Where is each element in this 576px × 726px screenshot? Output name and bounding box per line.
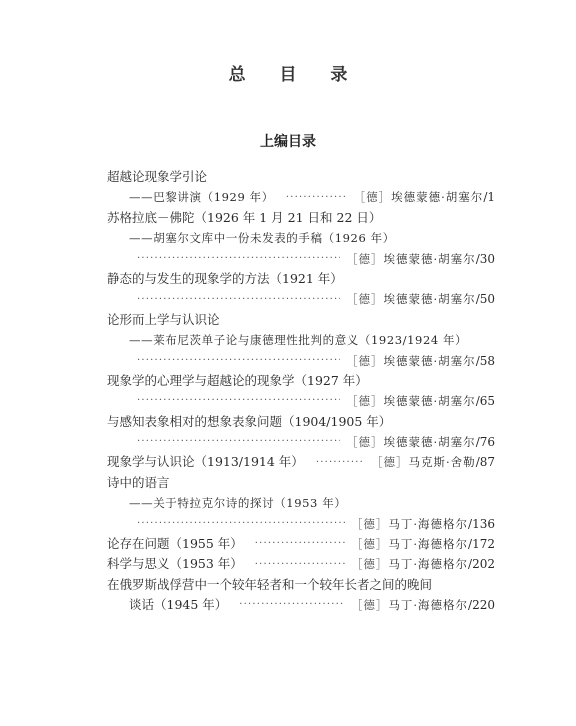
toc-entry-title[interactable]: 在俄罗斯战俘营中一个较年轻者和一个较年长者之间的晚间: [107, 575, 495, 595]
author-name: 埃德蒙德·胡塞尔: [384, 292, 476, 306]
author-name: 马丁·海德格尔: [388, 537, 468, 551]
toc-entry-title[interactable]: 论形而上学与认识论: [107, 310, 495, 330]
page-title: 总 目 录: [0, 60, 576, 85]
entry-author: ［德］马丁·海德格尔/220: [351, 595, 495, 615]
author-nationality: ［德］: [346, 394, 384, 408]
author-nationality: ［德］: [346, 292, 384, 306]
entry-title: 苏格拉底－佛陀（1926 年 1 月 21 日和 22 日）: [107, 208, 381, 228]
page-number: /220: [468, 598, 495, 612]
toc-entry-author-line[interactable]: ········································…: [107, 289, 495, 309]
leader-dots: ········································…: [137, 514, 345, 534]
author-name: 马克斯·舍勒: [409, 455, 476, 469]
author-nationality: ［德］: [351, 557, 389, 571]
author-nationality: ［德］: [371, 455, 409, 469]
author-name: 埃德蒙德·胡塞尔: [384, 354, 476, 368]
leader-dots: ········································…: [239, 595, 345, 615]
toc-entry-author-line[interactable]: ········································…: [107, 432, 495, 452]
entry-title: 现象学与认识论（1913/1914 年）: [107, 452, 304, 472]
toc-entry-subtitle: ——胡塞尔文库中一份未发表的手稿（1926 年）: [107, 228, 495, 248]
entry-author: ［德］埃德蒙德·胡塞尔/30: [346, 249, 495, 269]
entry-author: ［德］埃德蒙德·胡塞尔/1: [354, 187, 495, 207]
toc-entry-subtitle: ——莱布尼茨单子论与康德理性批判的意义（1923/1924 年）: [107, 330, 495, 350]
entry-title: 与感知表象相对的想象表象问题（1904/1905 年）: [107, 412, 391, 432]
toc-entry-subtitle[interactable]: ——巴黎讲演（1929 年） ·························…: [107, 187, 495, 207]
entry-title: 现象学的心理学与超越论的现象学（1927 年）: [107, 371, 368, 391]
toc-entry-title[interactable]: 超越论现象学引论: [107, 167, 495, 187]
author-nationality: ［德］: [351, 598, 389, 612]
author-nationality: ［德］: [354, 190, 392, 204]
toc-entry-author-line[interactable]: ········································…: [107, 351, 495, 371]
leader-dots: ········································…: [255, 555, 345, 575]
leader-dots: ········································…: [255, 534, 345, 554]
entry-author: ［德］马丁·海德格尔/172: [351, 534, 495, 554]
page-number: /87: [476, 455, 495, 469]
page-number: /172: [468, 537, 495, 551]
entry-author: ［德］马丁·海德格尔/136: [351, 514, 495, 534]
leader-dots: ········································…: [137, 432, 340, 452]
entry-author: ［德］埃德蒙德·胡塞尔/50: [346, 289, 495, 309]
toc-entry-subtitle: ——关于特拉克尔诗的探讨（1953 年）: [107, 493, 495, 513]
entry-subtitle: ——关于特拉克尔诗的探讨（1953 年）: [107, 493, 346, 513]
entry-title: 静态的与发生的现象学的方法（1921 年）: [107, 269, 343, 289]
entry-subtitle: ——巴黎讲演（1929 年）: [107, 187, 274, 207]
page-number: /65: [476, 394, 495, 408]
author-name: 马丁·海德格尔: [388, 598, 468, 612]
author-nationality: ［德］: [351, 517, 389, 531]
leader-dots: ········································…: [286, 188, 348, 208]
toc-entry-title[interactable]: 诗中的语言: [107, 473, 495, 493]
page-number: /1: [483, 190, 495, 204]
author-name: 马丁·海德格尔: [388, 517, 468, 531]
entry-title: 论存在问题（1955 年）: [107, 534, 243, 554]
section-title: 上编目录: [0, 131, 576, 151]
author-name: 埃德蒙德·胡塞尔: [384, 394, 476, 408]
entry-author: ［德］马丁·海德格尔/202: [351, 554, 495, 574]
author-nationality: ［德］: [346, 435, 384, 449]
entry-subtitle: ——莱布尼茨单子论与康德理性批判的意义（1923/1924 年）: [107, 330, 467, 350]
entry-author: ［德］埃德蒙德·胡塞尔/65: [346, 391, 495, 411]
leader-dots: ········································…: [316, 453, 365, 473]
table-of-contents: 超越论现象学引论 ——巴黎讲演（1929 年） ················…: [107, 167, 495, 616]
toc-entry-title[interactable]: 与感知表象相对的想象表象问题（1904/1905 年）: [107, 412, 495, 432]
entry-title: 在俄罗斯战俘营中一个较年轻者和一个较年长者之间的晚间: [107, 575, 432, 595]
author-nationality: ［德］: [346, 354, 384, 368]
entry-title: 超越论现象学引论: [107, 167, 207, 187]
author-name: 埃德蒙德·胡塞尔: [384, 252, 476, 266]
entry-subtitle: ——胡塞尔文库中一份未发表的手稿（1926 年）: [107, 228, 395, 248]
author-nationality: ［德］: [351, 537, 389, 551]
author-name: 埃德蒙德·胡塞尔: [384, 435, 476, 449]
leader-dots: ········································…: [137, 290, 340, 310]
page-number: /50: [476, 292, 495, 306]
entry-title: 论形而上学与认识论: [107, 310, 220, 330]
toc-entry-title-continuation[interactable]: 谈话（1945 年） ·····························…: [107, 595, 495, 615]
page-number: /136: [468, 517, 495, 531]
toc-entry-author-line[interactable]: ········································…: [107, 514, 495, 534]
page-number: /30: [476, 252, 495, 266]
toc-entry-title[interactable]: 现象学的心理学与超越论的现象学（1927 年）: [107, 371, 495, 391]
leader-dots: ········································…: [137, 249, 340, 269]
author-name: 马丁·海德格尔: [388, 557, 468, 571]
author-name: 埃德蒙德·胡塞尔: [391, 190, 483, 204]
toc-entry-title[interactable]: 苏格拉底－佛陀（1926 年 1 月 21 日和 22 日）: [107, 208, 495, 228]
page-number: /76: [476, 435, 495, 449]
entry-author: ［德］马克斯·舍勒/87: [371, 452, 495, 472]
entry-title: 诗中的语言: [107, 473, 170, 493]
leader-dots: ········································…: [137, 391, 340, 411]
toc-entry-title[interactable]: 现象学与认识论（1913/1914 年） ···················…: [107, 452, 495, 472]
leader-dots: ········································…: [137, 351, 340, 371]
entry-author: ［德］埃德蒙德·胡塞尔/58: [346, 351, 495, 371]
entry-title: 科学与思义（1953 年）: [107, 554, 243, 574]
toc-entry-author-line[interactable]: ········································…: [107, 249, 495, 269]
toc-entry-title[interactable]: 论存在问题（1955 年） ··························…: [107, 534, 495, 554]
toc-entry-title[interactable]: 科学与思义（1953 年） ··························…: [107, 554, 495, 574]
entry-author: ［德］埃德蒙德·胡塞尔/76: [346, 432, 495, 452]
author-nationality: ［德］: [346, 252, 384, 266]
toc-entry-title[interactable]: 静态的与发生的现象学的方法（1921 年）: [107, 269, 495, 289]
page-number: /58: [476, 354, 495, 368]
entry-title: 谈话（1945 年）: [107, 595, 227, 615]
page-number: /202: [468, 557, 495, 571]
toc-entry-author-line[interactable]: ········································…: [107, 391, 495, 411]
